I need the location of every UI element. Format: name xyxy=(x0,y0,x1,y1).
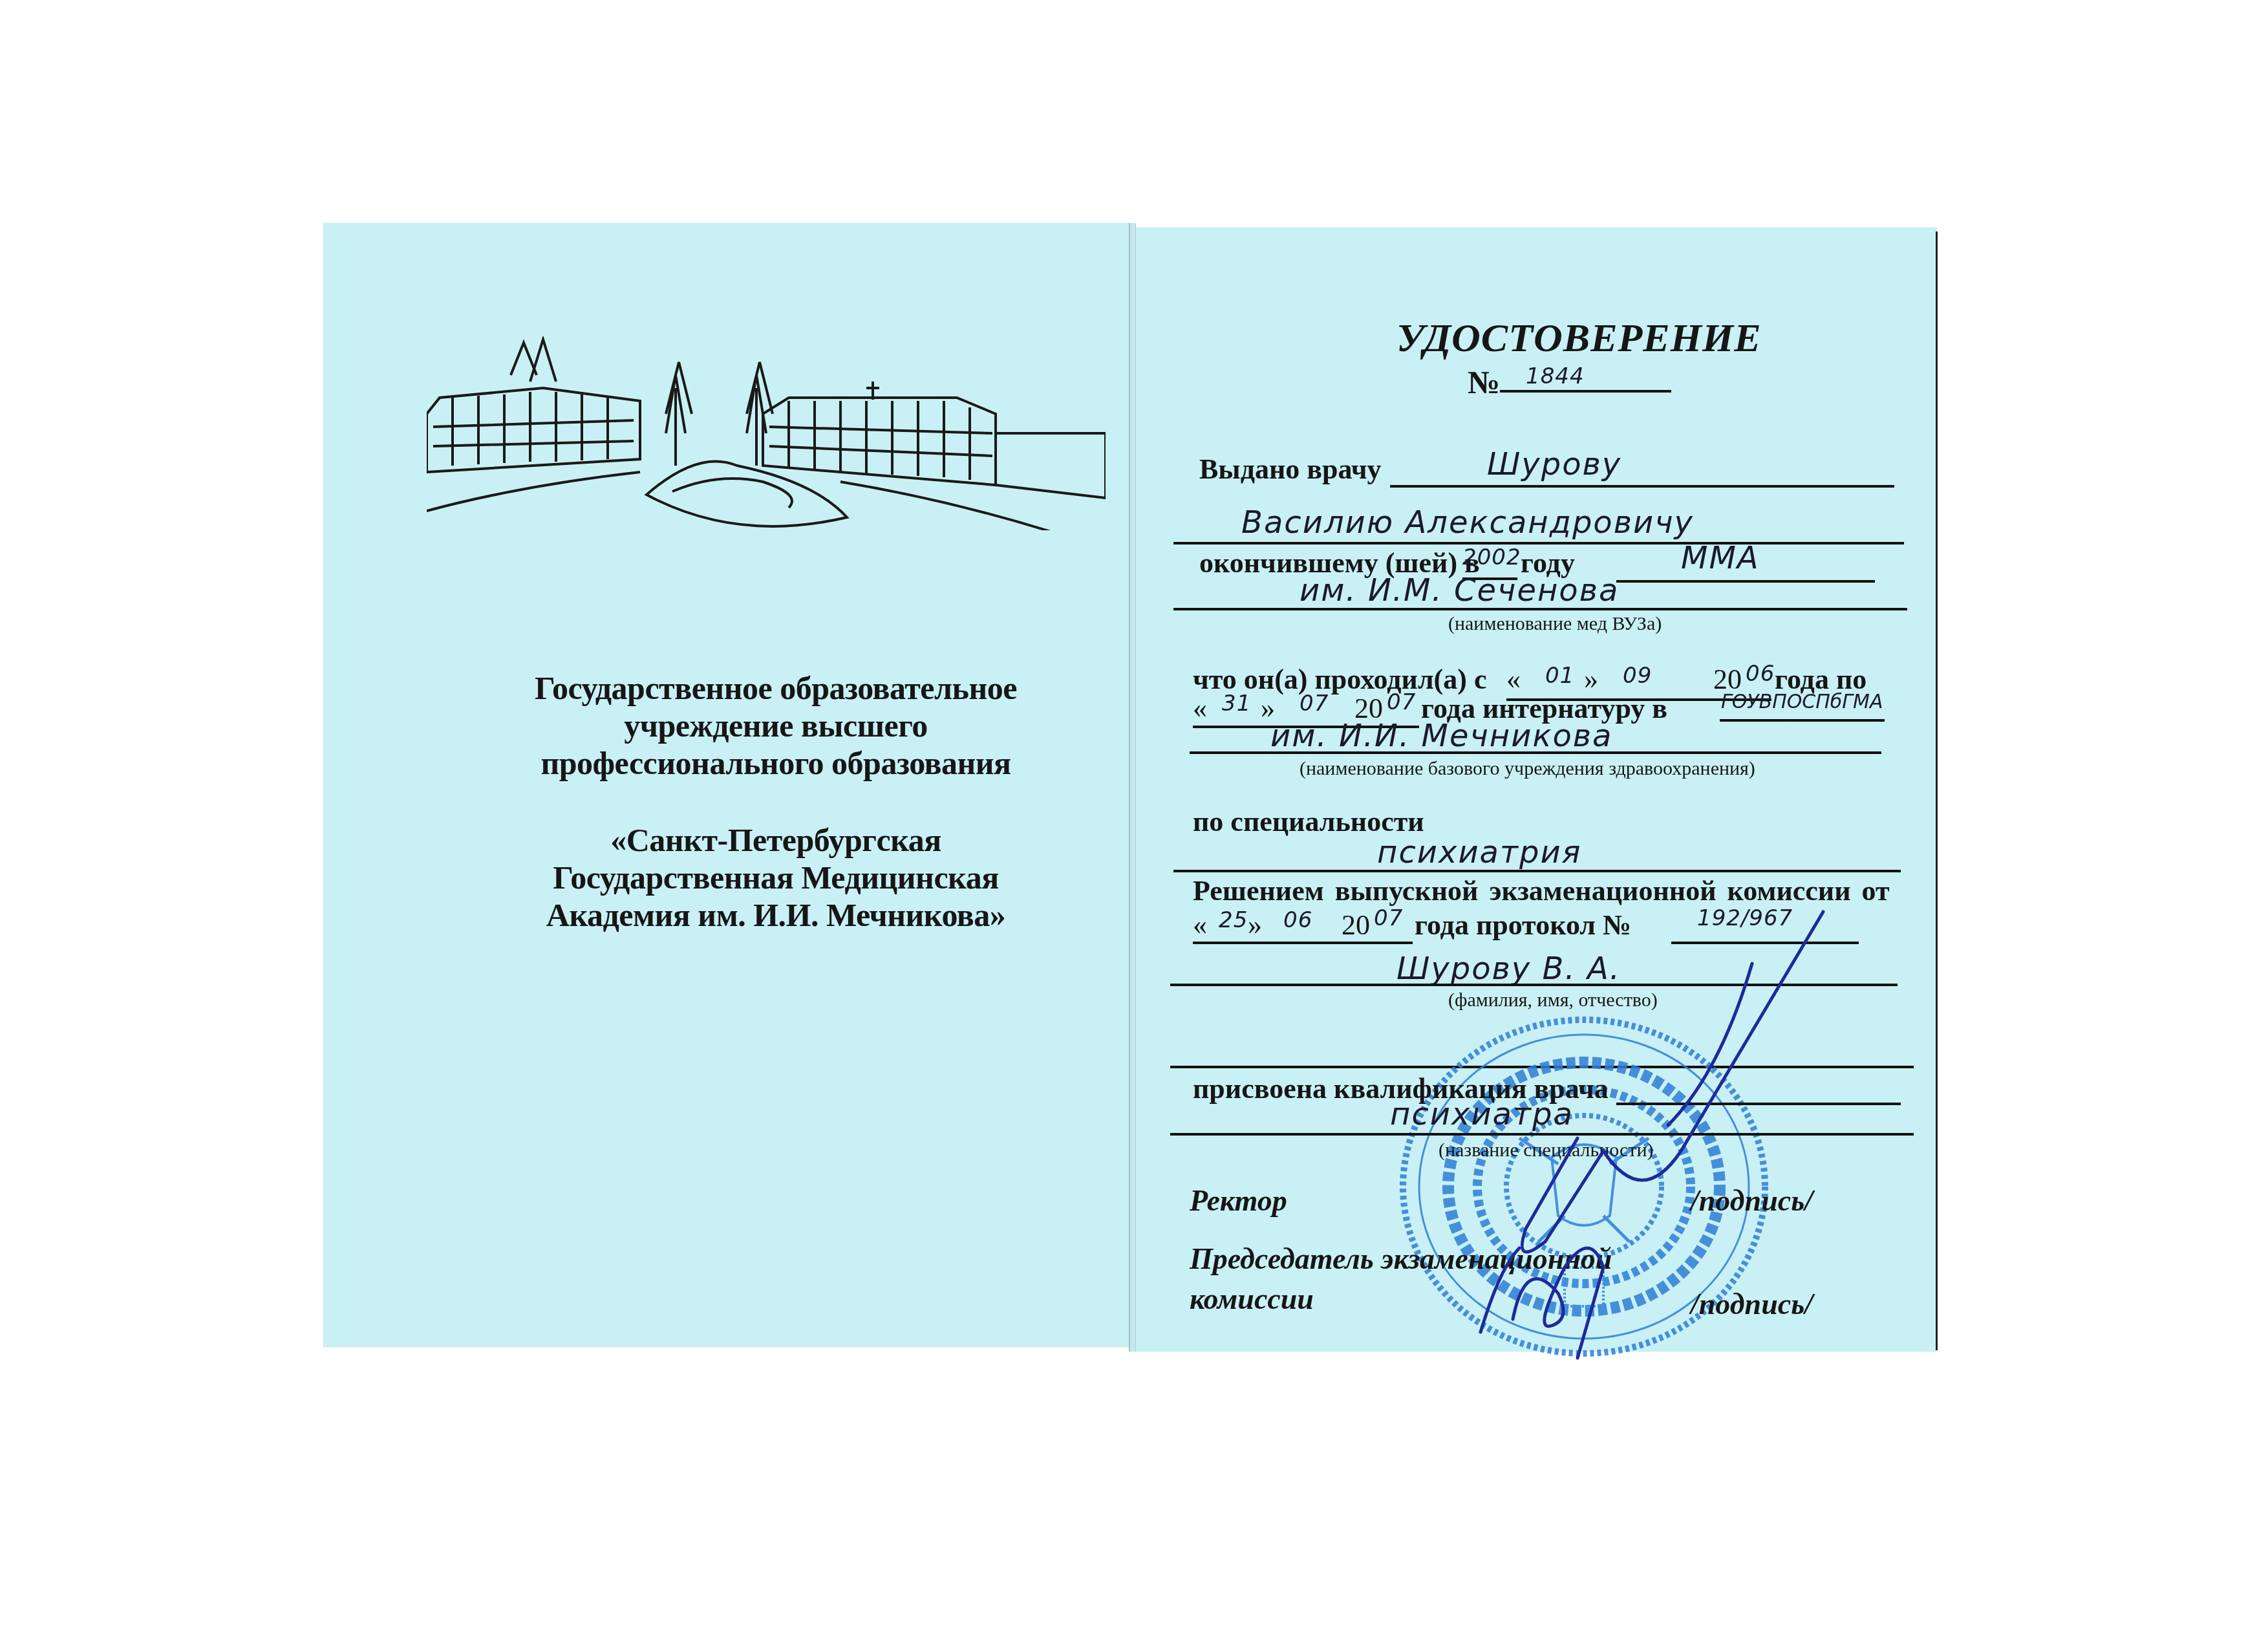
surname-value: Шурову xyxy=(1487,446,1621,482)
rector-label: Ректор xyxy=(1190,1183,1287,1218)
university-line1: ММА xyxy=(1681,540,1760,576)
start-quote-open: « xyxy=(1506,663,1521,696)
start-quote-close: » xyxy=(1584,663,1598,696)
institution-type: Государственное образовательное учрежден… xyxy=(453,669,1099,782)
page-edge xyxy=(1936,232,1938,1350)
number-underline xyxy=(1500,390,1671,393)
campus-building-engraving-icon xyxy=(427,336,1106,530)
specialty-value: психиатрия xyxy=(1377,834,1581,870)
university-underline2 xyxy=(1173,608,1907,610)
specialty-label: по специальности xyxy=(1193,805,1424,838)
base-institution-line1: ГОУВПОСПбГМА xyxy=(1721,691,1883,713)
start-month: 09 xyxy=(1623,663,1652,689)
decision-quote-close: » xyxy=(1248,909,1262,942)
end-quote-open: « xyxy=(1193,692,1207,725)
base-institution-caption: (наименование базового учреждения здраво… xyxy=(1300,758,1755,780)
decision-quote-open: « xyxy=(1193,909,1207,942)
end-month: 07 xyxy=(1300,691,1329,717)
start-year-suffix: 06 xyxy=(1746,661,1775,687)
page-fold xyxy=(1129,223,1136,1352)
name-underline xyxy=(1173,542,1904,544)
institution-name: «Санкт-Петербургская Государственная Мед… xyxy=(453,821,1099,934)
university-line2: им. И.М. Сеченова xyxy=(1300,572,1619,609)
document-title: УДОСТОВЕРЕНИЕ xyxy=(1396,316,1762,361)
handwritten-signature-icon xyxy=(1358,905,1875,1371)
decision-label: Решением выпускной экзаменационной комис… xyxy=(1193,874,1890,907)
issued-label: Выдано врачу xyxy=(1199,453,1382,486)
name-patronymic-value: Василию Александровичу xyxy=(1241,504,1694,541)
specialty-underline xyxy=(1173,870,1901,872)
chair-label-line2: комиссии xyxy=(1190,1282,1314,1316)
base-institution-underline2 xyxy=(1190,751,1881,754)
graduated-year: 2002 xyxy=(1462,544,1521,570)
base-institution-underline1 xyxy=(1720,719,1885,722)
base-institution-line2: им. И.И. Мечникова xyxy=(1270,718,1612,754)
university-caption: (наименование мед ВУЗа) xyxy=(1448,613,1662,635)
number-label: № xyxy=(1468,363,1500,401)
start-day: 01 xyxy=(1545,663,1574,689)
end-day: 31 xyxy=(1222,691,1251,717)
decision-day: 25 xyxy=(1219,907,1248,933)
certificate-number: 1844 xyxy=(1526,363,1585,389)
university-underline1 xyxy=(1616,580,1875,583)
decision-month: 06 xyxy=(1283,907,1312,933)
surname-underline xyxy=(1390,485,1894,488)
end-year-suffix: 07 xyxy=(1387,689,1416,715)
